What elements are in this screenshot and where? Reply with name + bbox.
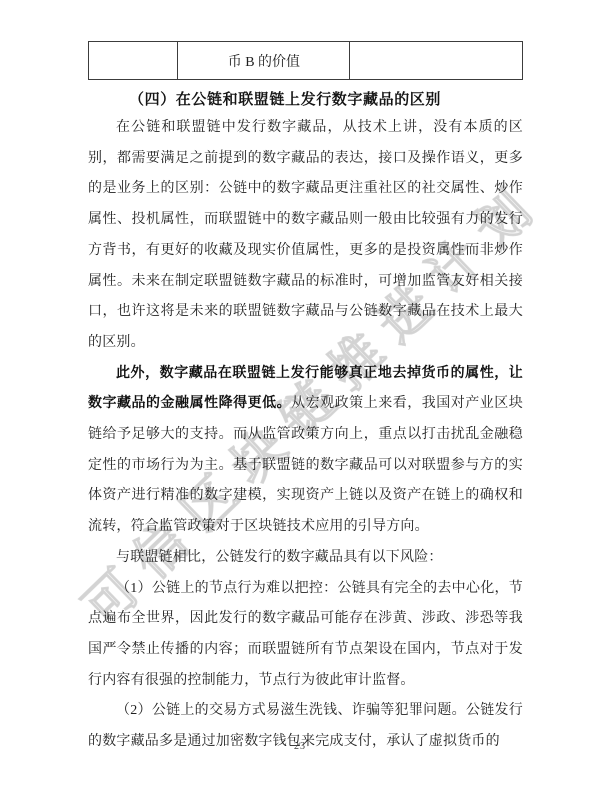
section-heading: （四）在公链和联盟链上发行数字藏品的区别 [88,88,523,112]
page-number: 23 [0,741,600,752]
paragraph-4: （1）公链上的节点行为难以把控：公链具有完全的去中心化，节点遍布全世界，因此发行… [88,574,523,697]
table-cell-middle: 币 B 的价值 [178,42,350,80]
document-page: 可信区块链推进计划 币 B 的价值 （四）在公链和联盟链上发行数字藏品的区别 在… [0,0,600,788]
body-text-block: 在公链和联盟链中发行数字藏品，从技术上讲，没有本质的区别，都需要满足之前提到的数… [88,113,523,758]
table-cell-right [350,42,523,80]
value-anchor-table: 币 B 的价值 [88,41,523,80]
paragraph-2: 此外，数字藏品在联盟链上发行能够真正地去掉货币的属性，让数字藏品的金融属性降得更… [88,359,523,543]
paragraph-3: 与联盟链相比，公链发行的数字藏品具有以下风险： [88,543,523,574]
paragraph-3-text: 与联盟链相比，公链发行的数字藏品具有以下风险： [116,550,443,565]
paragraph-1: 在公链和联盟链中发行数字藏品，从技术上讲，没有本质的区别，都需要满足之前提到的数… [88,113,523,359]
table-cell-left [89,42,178,80]
table-row: 币 B 的价值 [89,42,523,80]
paragraph-4-text: （1）公链上的节点行为难以把控：公链具有完全的去中心化，节点遍布全世界，因此发行… [88,581,523,688]
paragraph-1-text: 在公链和联盟链中发行数字藏品，从技术上讲，没有本质的区别，都需要满足之前提到的数… [88,120,523,350]
paragraph-2-text: 从宏观政策上来看，我国对产业区块链给予足够大的支持。而从监管政策方向上，重点以打… [88,396,523,534]
